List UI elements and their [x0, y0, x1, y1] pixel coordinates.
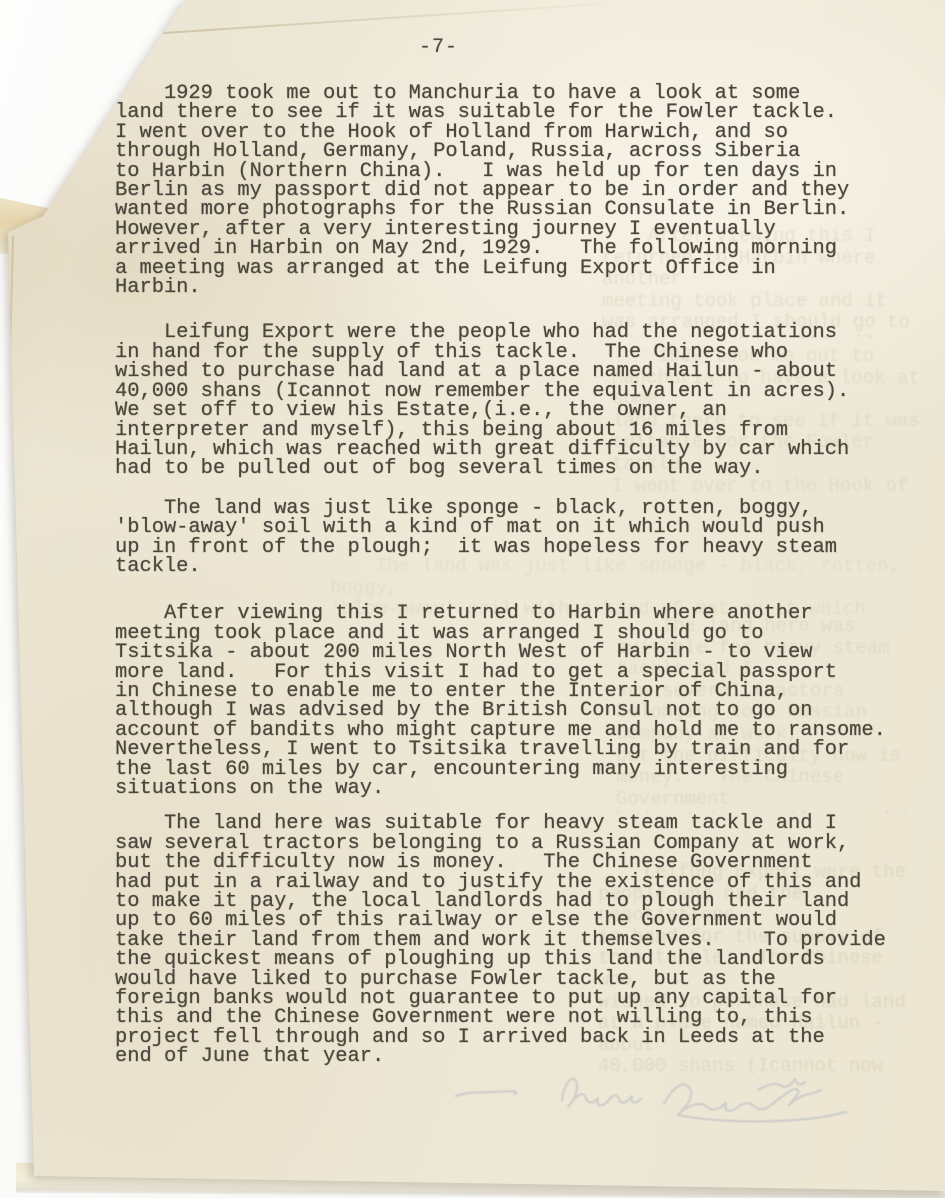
- paper-sheet: After viewing this I returned to Harbin …: [0, 0, 945, 1198]
- signature-first-name-stroke: [562, 1079, 641, 1107]
- scanned-document: After viewing this I returned to Harbin …: [0, 0, 945, 1198]
- paper-surface: After viewing this I returned to Harbin …: [0, 0, 945, 1198]
- paragraph-4: After viewing this I returned to Harbin …: [115, 604, 905, 798]
- signature-dash-stroke: [456, 1091, 516, 1096]
- sheet-edge-line: [149, 3, 603, 35]
- paper-crease: [0, 236, 14, 1174]
- signature-last-name-stroke: [664, 1084, 821, 1114]
- signature-tail-stroke: [678, 1112, 846, 1121]
- paragraph-5: The land here was suitable for heavy ste…: [115, 814, 905, 1066]
- paragraph-1: 1929 took me out to Manchuria to have a …: [115, 84, 905, 297]
- signature-flourish-stroke: [758, 1079, 805, 1090]
- page-number: -7-: [419, 38, 458, 58]
- signature: [428, 1060, 878, 1150]
- paragraph-3: The land was just like sponge - black, r…: [115, 499, 905, 577]
- paragraph-2: Leifung Export were the people who had t…: [115, 323, 905, 478]
- document-body: 1929 took me out to Manchuria to have a …: [115, 84, 905, 1067]
- ink-dot-mark: [148, 32, 153, 36]
